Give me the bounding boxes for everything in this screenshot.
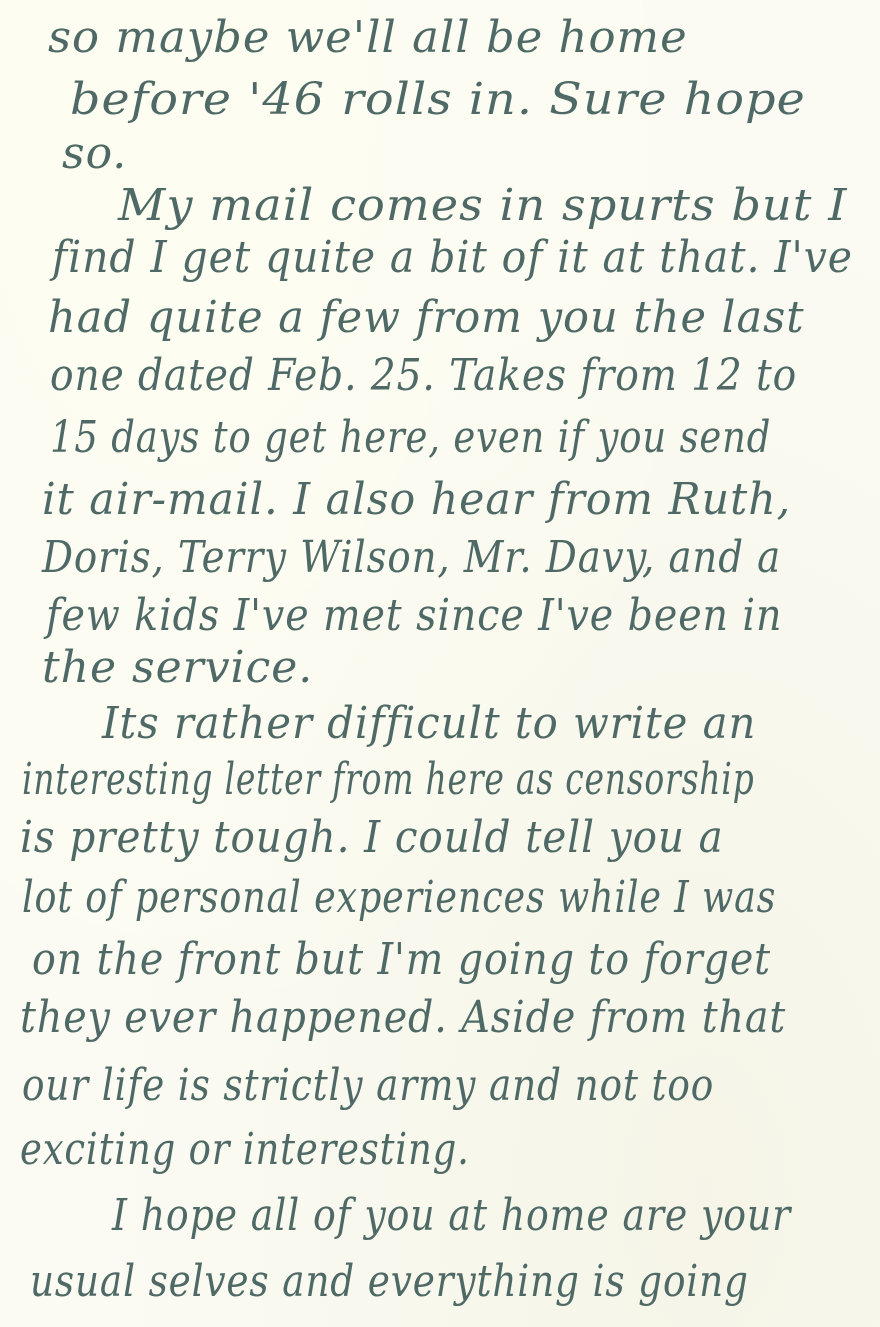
letter-line: find I get quite a bit of it at that. I'… — [52, 232, 853, 283]
letter-line: Doris, Terry Wilson, Mr. Davy, and a — [42, 532, 781, 583]
letter-line: Its rather difficult to write an — [102, 698, 756, 749]
letter-line: before '46 rolls in. Sure hope — [70, 74, 806, 125]
letter-line: My mail comes in spurts but I — [118, 180, 848, 231]
letter-line: on the front but I'm going to forget — [32, 934, 771, 985]
letter-page: so maybe we'll all be home before '46 ro… — [0, 0, 880, 1327]
letter-line: interesting letter from here as censorsh… — [22, 754, 754, 805]
letter-line: I hope all of you at home are your — [112, 1190, 791, 1241]
letter-line: it air-mail. I also hear from Ruth, — [42, 474, 791, 525]
letter-line: 15 days to get here, even if you send — [50, 412, 771, 463]
letter-line: had quite a few from you the last — [48, 292, 805, 343]
letter-line: so. — [62, 128, 127, 179]
letter-line: one dated Feb. 25. Takes from 12 to — [50, 350, 797, 401]
letter-line: the service. — [42, 642, 313, 693]
letter-line: exciting or interesting. — [20, 1124, 470, 1175]
letter-line: so maybe we'll all be home — [48, 12, 688, 63]
letter-line: few kids I've met since I've been in — [46, 590, 782, 641]
letter-line: they ever happened. Aside from that — [20, 992, 786, 1043]
letter-line: usual selves and everything is going — [30, 1256, 749, 1307]
letter-line: is pretty tough. I could tell you a — [20, 812, 724, 863]
letter-line: lot of personal experiences while I was — [22, 872, 776, 923]
letter-line: our life is strictly army and not too — [22, 1060, 714, 1111]
